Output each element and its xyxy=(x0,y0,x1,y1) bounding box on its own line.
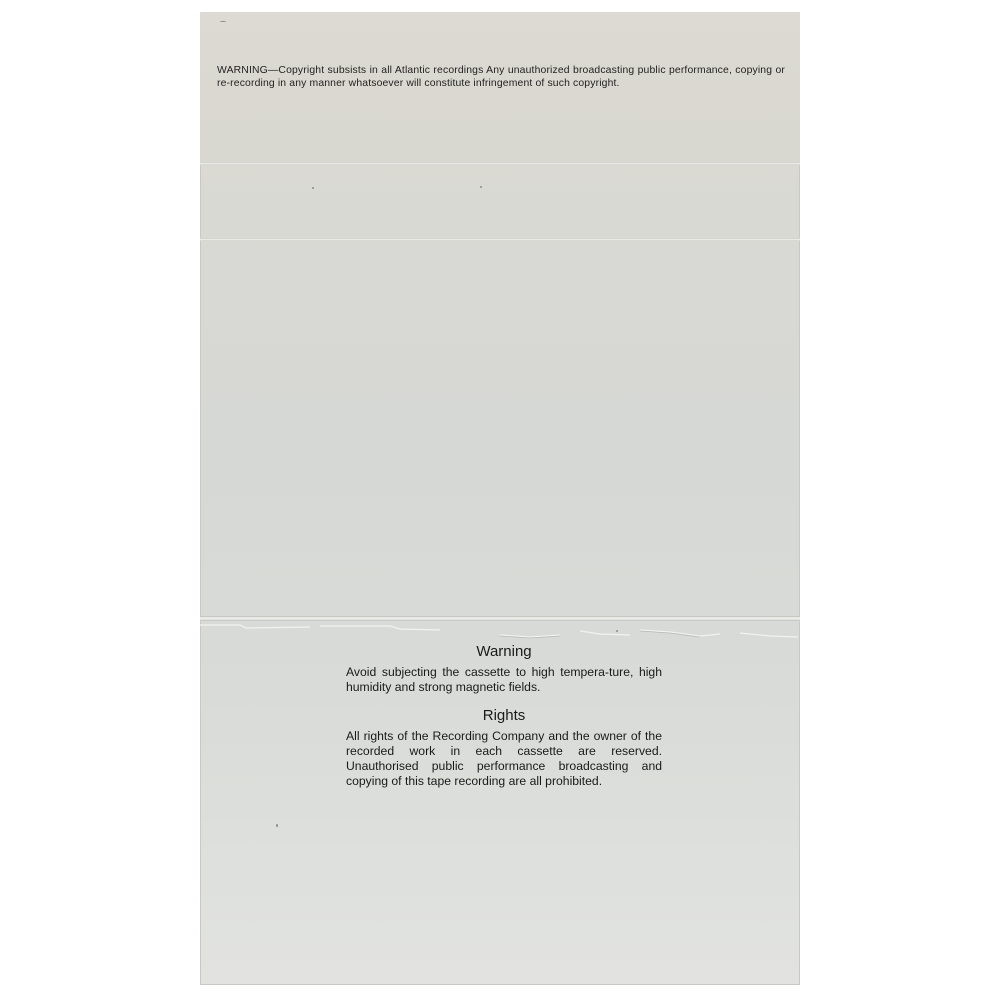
rights-heading: Rights xyxy=(346,707,662,725)
cassette-insert-card: WARNING—Copyright subsists in all Atlant… xyxy=(200,12,800,985)
fold-line xyxy=(200,162,800,165)
warning-text: Avoid subjecting the cassette to high te… xyxy=(346,665,662,695)
paper-speck xyxy=(312,187,314,189)
warning-heading: Warning xyxy=(346,643,662,661)
crease-texture xyxy=(200,621,800,641)
rights-text: All rights of the Recording Company and … xyxy=(346,729,662,789)
care-and-rights-block: Warning Avoid subjecting the cassette to… xyxy=(346,643,662,789)
paper-speck xyxy=(480,186,482,188)
copyright-notice: WARNING—Copyright subsists in all Atlant… xyxy=(217,64,785,90)
paper-speck xyxy=(616,630,618,632)
paper-speck xyxy=(220,21,226,22)
fold-line xyxy=(200,238,800,241)
paper-speck xyxy=(276,824,278,827)
